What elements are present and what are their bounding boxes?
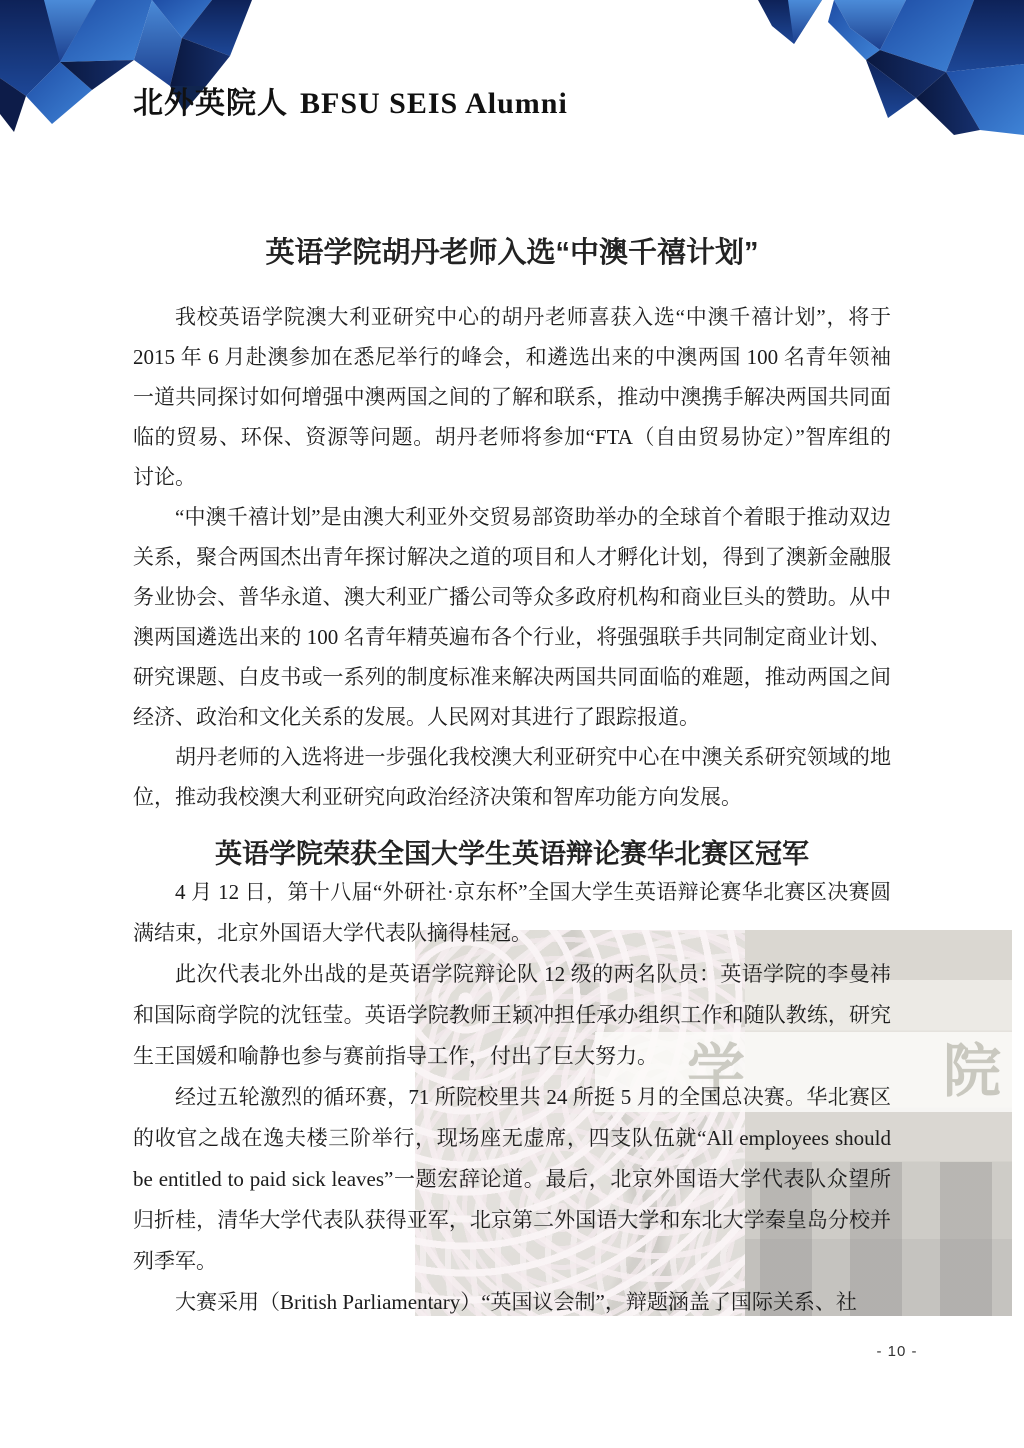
blue-crystal-decoration-right-icon xyxy=(730,0,1024,135)
paragraph: 我校英语学院澳大利亚研究中心的胡丹老师喜获入选“中澳千禧计划”，将于 2015 … xyxy=(133,297,891,497)
masthead: 北外英院人BFSU SEIS Alumni xyxy=(133,78,568,122)
page-number: - 10 - xyxy=(852,1343,942,1360)
paragraph: “中澳千禧计划”是由澳大利亚外交贸易部资助举办的全球首个着眼于推动双边关系，聚合… xyxy=(133,497,891,737)
paragraph: 4 月 12 日，第十八届“外研社·京东杯”全国大学生英语辩论赛华北赛区决赛圆满… xyxy=(133,872,891,954)
article-1-body: 我校英语学院澳大利亚研究中心的胡丹老师喜获入选“中澳千禧计划”，将于 2015 … xyxy=(133,297,891,817)
paragraph: 此次代表北外出战的是英语学院辩论队 12 级的两名队员：英语学院的李曼祎和国际商… xyxy=(133,954,891,1077)
article-2-title: 英语学院荣获全国大学生英语辩论赛华北赛区冠军 xyxy=(0,832,1024,871)
newsletter-page: 北外英院人BFSU SEIS Alumni 学 院 英语学院胡丹老师入选“中澳千… xyxy=(0,0,1024,1448)
article-1-title: 英语学院胡丹老师入选“中澳千禧计划” xyxy=(0,230,1024,271)
page-content: 英语学院胡丹老师入选“中澳千禧计划” 我校英语学院澳大利亚研究中心的胡丹老师喜获… xyxy=(0,0,1024,1448)
masthead-title-en: BFSU SEIS Alumni xyxy=(300,87,568,120)
masthead-title-cn: 北外英院人 xyxy=(133,87,288,120)
paragraph: 胡丹老师的入选将进一步强化我校澳大利亚研究中心在中澳关系研究领域的地位，推动我校… xyxy=(133,737,891,817)
article-2-body: 4 月 12 日，第十八届“外研社·京东杯”全国大学生英语辩论赛华北赛区决赛圆满… xyxy=(133,872,891,1323)
paragraph: 大赛采用（British Parliamentary）“英国议会制”，辩题涵盖了… xyxy=(133,1282,891,1323)
paragraph: 经过五轮激烈的循环赛，71 所院校里共 24 所挺 5 月的全国总决赛。华北赛区… xyxy=(133,1077,891,1282)
